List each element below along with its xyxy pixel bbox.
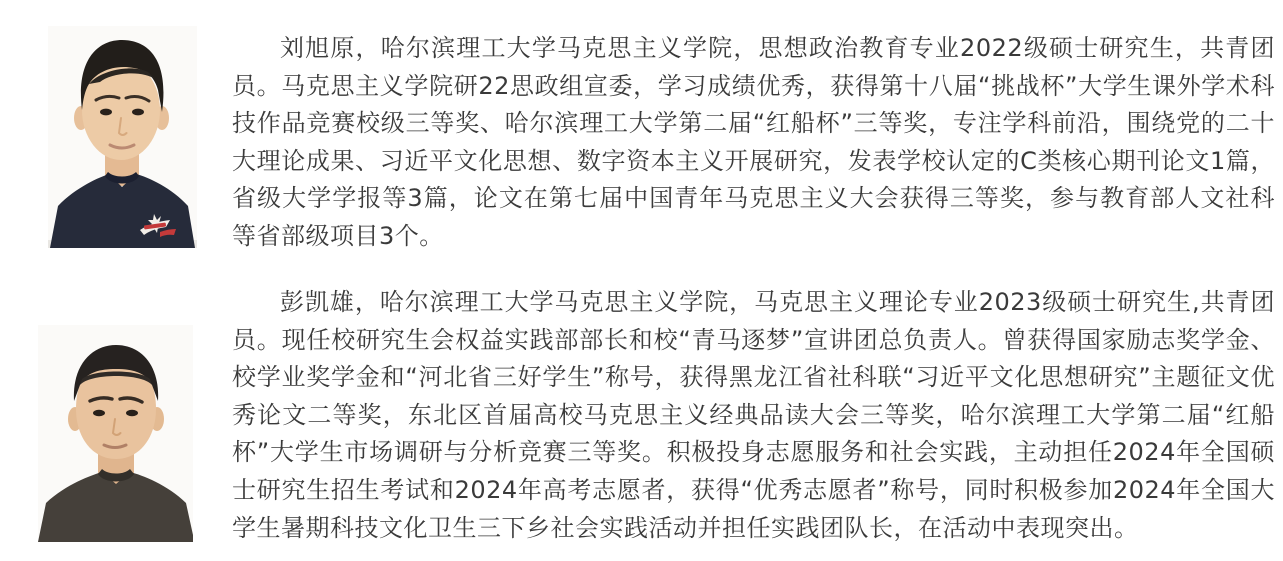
eye-left [100, 109, 112, 116]
eye-right [126, 410, 138, 416]
eye-right [132, 109, 144, 116]
student-photo-1 [48, 26, 197, 248]
profile-page: 刘旭原，哈尔滨理工大学马克思主义学院，思想政治教育专业2022级硕士研究生，共青… [0, 0, 1283, 561]
portrait-photo-icon [38, 325, 193, 542]
portrait-photo-icon [48, 26, 197, 248]
bio-paragraph-peng-kaixiong: 彭凯雄，哈尔滨理工大学马克思主义学院，马克思主义理论专业2023级硕士研究生,共… [232, 284, 1275, 547]
student-photo-2 [38, 325, 193, 542]
eye-left [93, 410, 105, 416]
bio-paragraph-liu-xuyuan: 刘旭原，哈尔滨理工大学马克思主义学院，思想政治教育专业2022级硕士研究生，共青… [232, 30, 1275, 256]
